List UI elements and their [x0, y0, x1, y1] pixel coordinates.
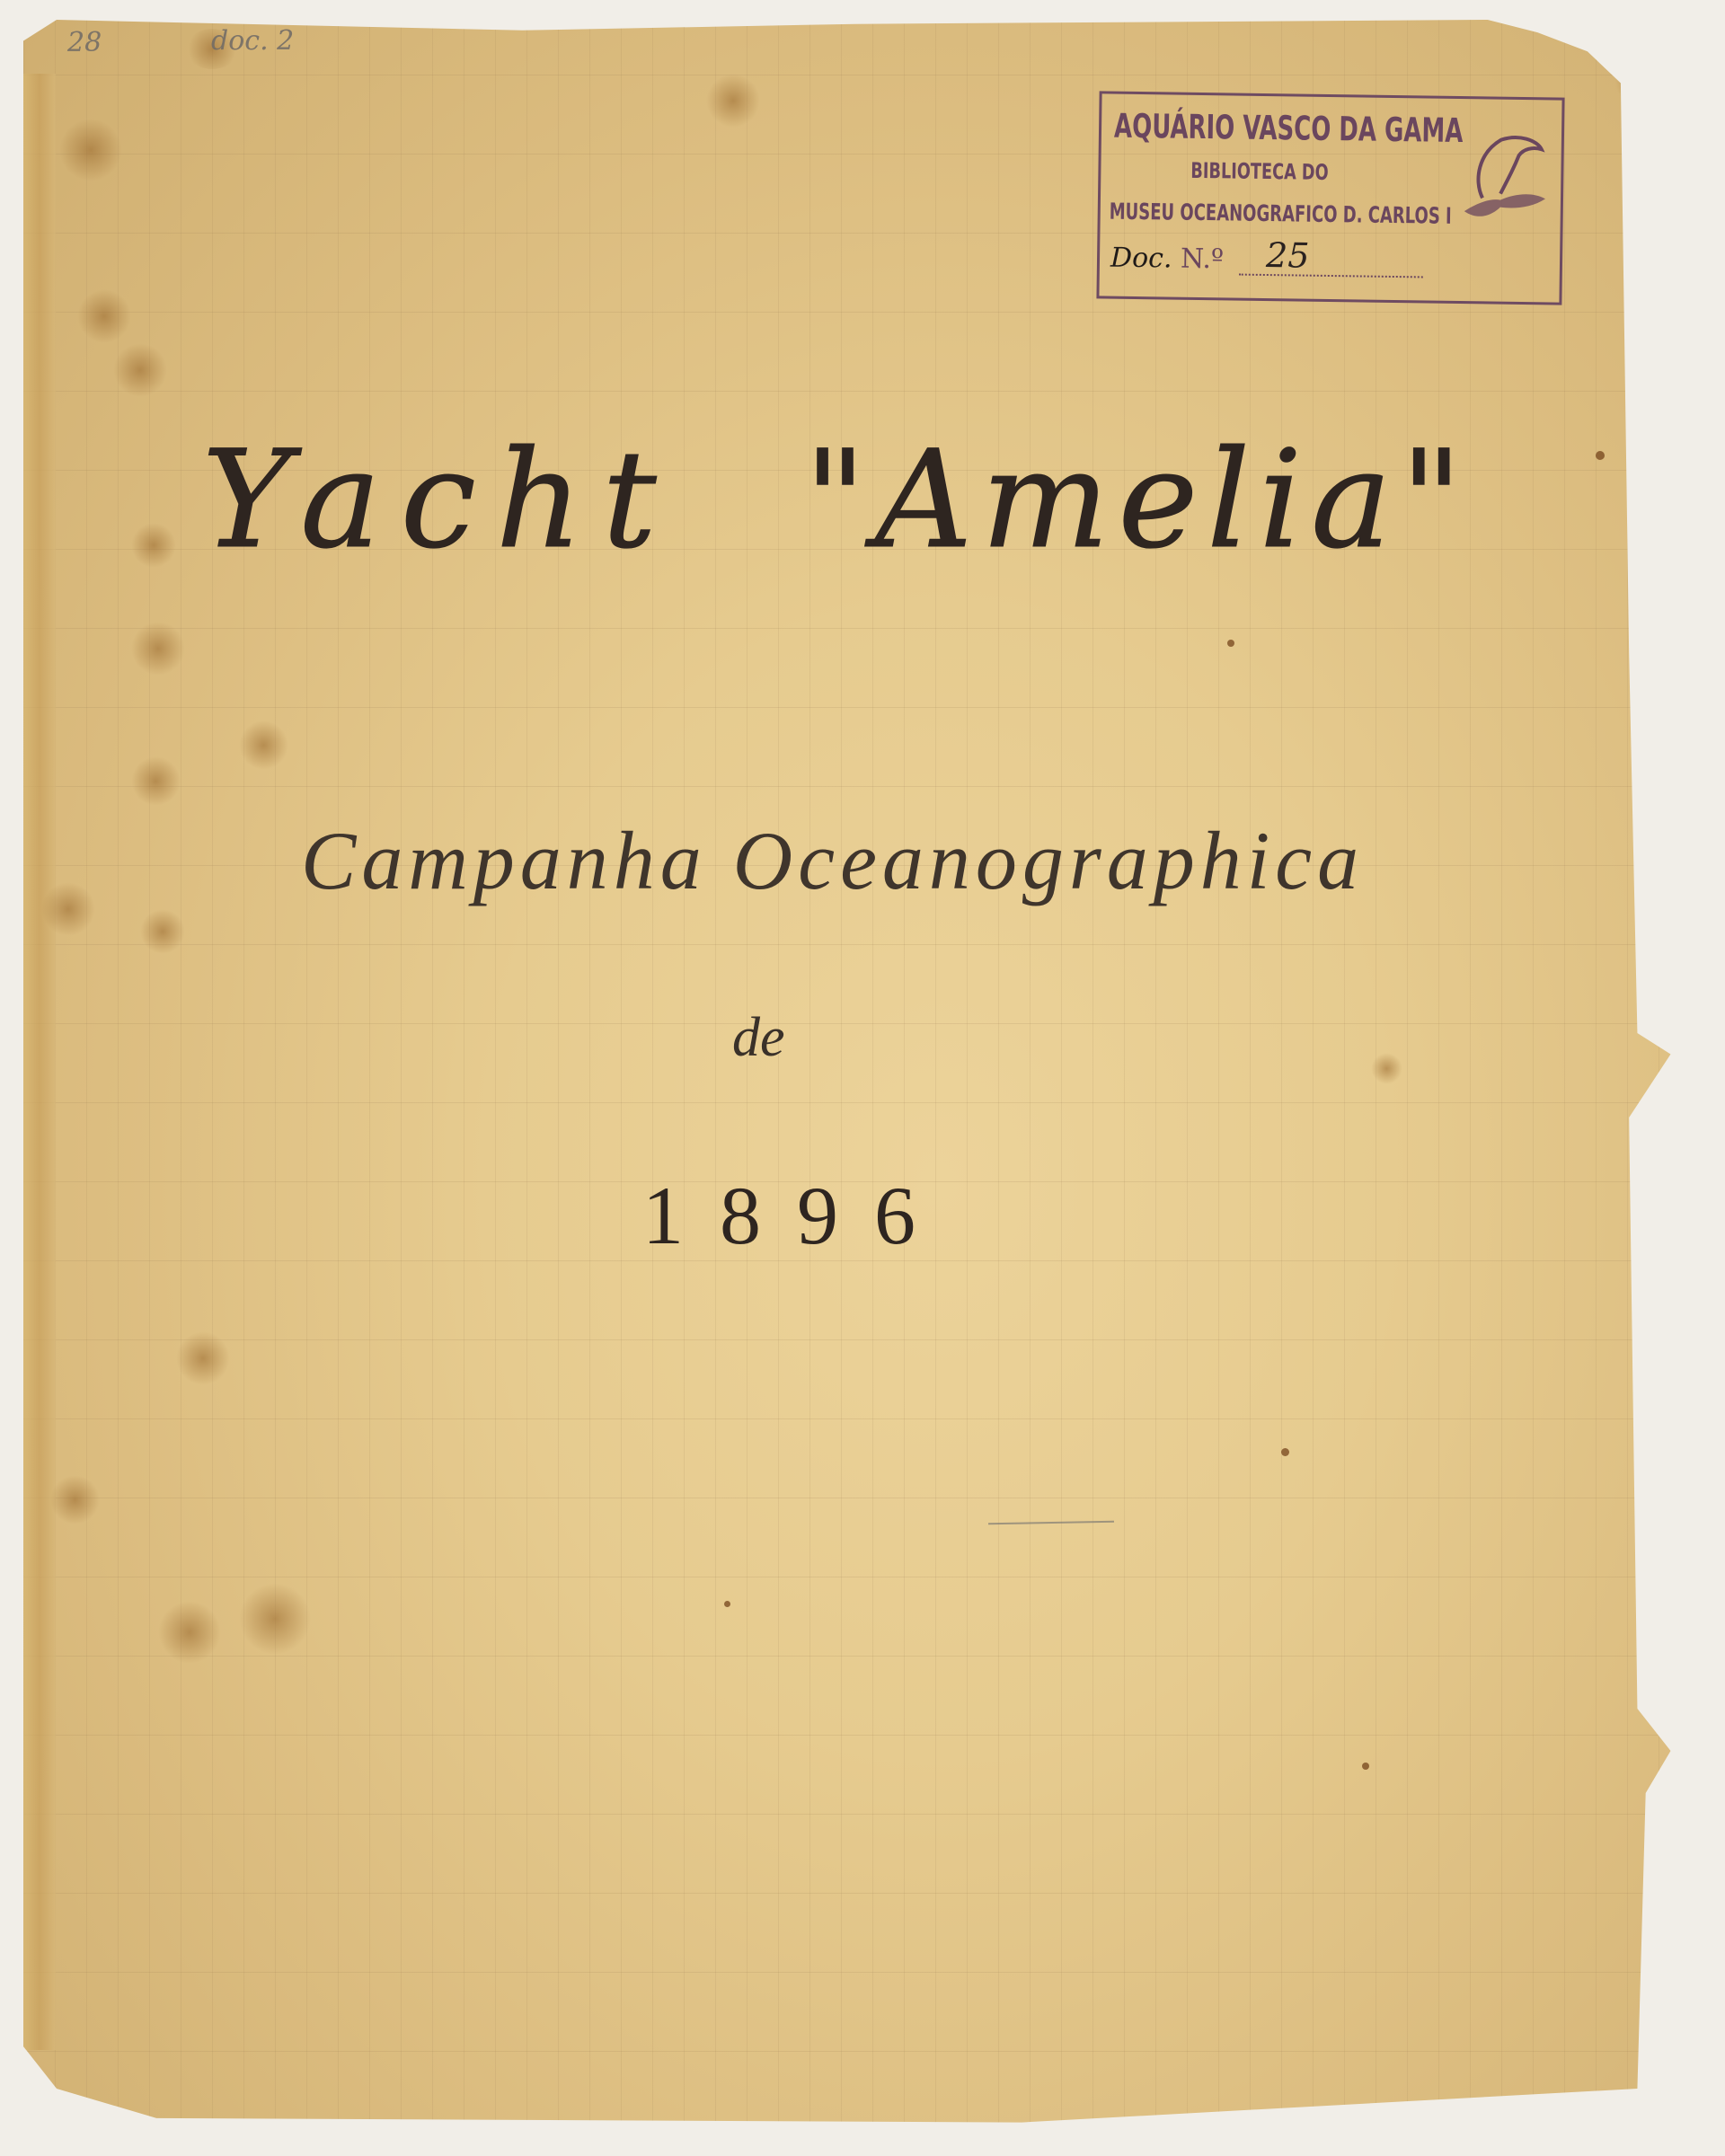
foxing-spot [50, 1475, 100, 1524]
doc-label-text: Doc. [1110, 243, 1172, 275]
stamp-institution: AQUÁRIO VASCO DA GAMA [1114, 107, 1464, 150]
foxing-spot [131, 523, 176, 568]
pencil-annotation-number: 28 [67, 27, 102, 58]
doc-no-label: N.º [1181, 243, 1224, 276]
binding-edge [23, 74, 56, 2050]
speck [1596, 451, 1605, 460]
stamp-library: BIBLIOTECA DO [1190, 158, 1329, 185]
title-amelia: "Amelia" [804, 422, 1472, 579]
year: 1896 [642, 1168, 951, 1263]
speck [1281, 1448, 1289, 1456]
stamp-museum: MUSEU OCEANOGRAFICO D. CARLOS I [1110, 199, 1452, 229]
grid-ruling [23, 20, 1687, 2131]
library-stamp: AQUÁRIO VASCO DA GAMA BIBLIOTECA DO MUSE… [1096, 91, 1564, 305]
speck [1227, 640, 1234, 647]
speck [724, 1601, 730, 1607]
foxing-spot [706, 74, 760, 128]
stamp-doc-number: 25 [1266, 235, 1310, 276]
foxing-spot [176, 1331, 230, 1385]
connector-de: de [732, 1006, 785, 1070]
foxing-spot [131, 756, 181, 806]
foxing-spot [239, 720, 288, 770]
foxing-spot [239, 1583, 311, 1655]
subtitle: Campanha Oceanographica [301, 813, 1364, 908]
foxing-spot [77, 289, 131, 343]
title-yacht: Yacht [202, 422, 677, 579]
foxing-spot [1614, 56, 1667, 105]
pencil-annotation-doc: doc. 2 [211, 25, 294, 57]
foxing-spot [113, 343, 167, 397]
foxing-spot [158, 1601, 221, 1664]
speck [1362, 1763, 1369, 1770]
foxing-spot [131, 622, 185, 676]
foxing-spot [59, 119, 122, 181]
foxing-spot [1371, 1053, 1402, 1084]
foxing-spot [140, 909, 185, 954]
dolphin-icon [1446, 126, 1555, 235]
foxing-spot [41, 882, 95, 936]
document-page [23, 20, 1687, 2131]
stamp-doc-label: Doc. N.º [1110, 243, 1224, 276]
